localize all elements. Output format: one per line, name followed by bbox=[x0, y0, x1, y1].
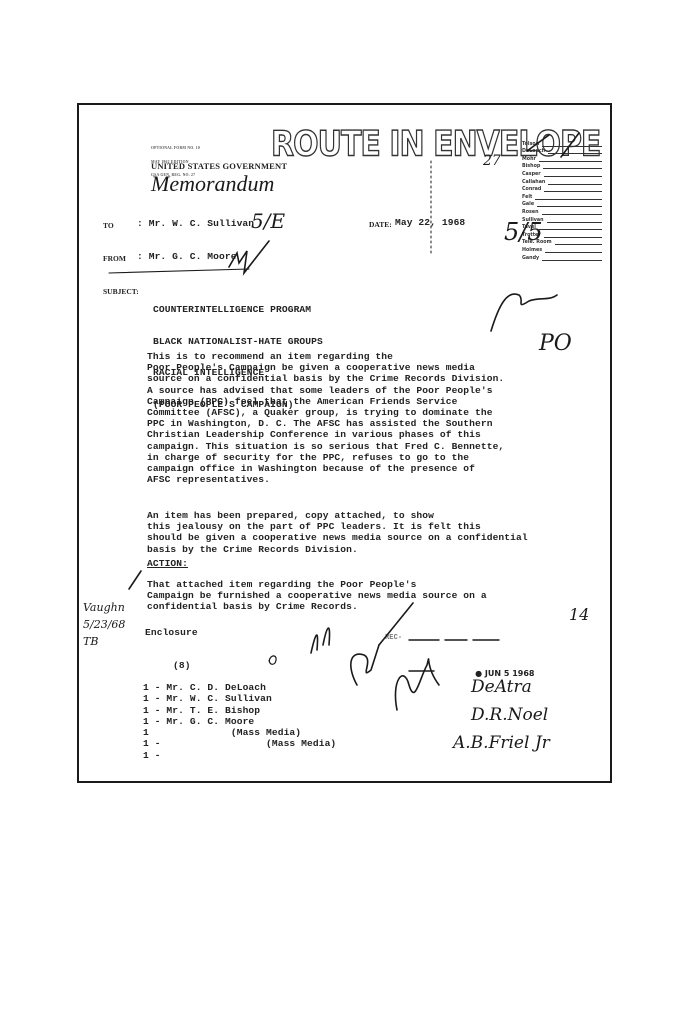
routing-slip-row: Conrad bbox=[522, 185, 602, 193]
copy-count: (8) bbox=[173, 660, 191, 671]
routing-slip-row: Rosen bbox=[522, 207, 602, 215]
routing-slip-row: Mohr bbox=[522, 154, 602, 162]
from-value: : Mr. G. C. Moore bbox=[137, 251, 237, 262]
routing-slip-name: Gandy bbox=[522, 256, 539, 261]
date-label: DATE: bbox=[369, 220, 392, 229]
action-heading: ACTION: bbox=[147, 558, 188, 569]
body-line: should be given a cooperative news media… bbox=[147, 532, 607, 543]
memorandum-title: Memorandum bbox=[151, 171, 274, 197]
routing-slip-name: Conrad bbox=[522, 187, 541, 192]
date-value: May 22, 1968 bbox=[395, 217, 465, 228]
body-line: campaign office in Washington because of… bbox=[147, 463, 607, 474]
distribution-entry: 1 - Mr. W. C. Sullivan bbox=[143, 693, 336, 704]
body-line: this jealousy on the part of PPC leaders… bbox=[147, 521, 607, 532]
routing-slip-row: Callahan bbox=[522, 177, 602, 185]
routing-slip-line bbox=[542, 214, 602, 215]
subject-line: COUNTERINTELLIGENCE PROGRAM bbox=[153, 305, 323, 316]
body-line: AFSC representatives. bbox=[147, 474, 607, 485]
routing-slip-line bbox=[543, 168, 602, 169]
routing-slip-name: Gale bbox=[522, 202, 534, 207]
margin-note: Vaughn 5/23/68 TB bbox=[83, 599, 131, 650]
body-line: campaign. This situation is so serious t… bbox=[147, 441, 607, 452]
routing-slip-line bbox=[544, 176, 602, 177]
to-initials: 5/E bbox=[251, 209, 285, 233]
distribution-list: 1 - Mr. C. D. DeLoach1 - Mr. W. C. Sulli… bbox=[143, 682, 336, 761]
routing-slip-line bbox=[542, 146, 602, 147]
margin-initials: PO bbox=[539, 331, 572, 356]
routing-slip-row: Holmes bbox=[522, 245, 602, 253]
routing-initials: 5/5 bbox=[504, 218, 543, 246]
routing-slip-line bbox=[548, 184, 602, 185]
subject-label: SUBJECT: bbox=[103, 287, 139, 296]
routing-slip-name: Rosen bbox=[522, 210, 539, 215]
memorandum-page: OPTIONAL FORM NO. 10 MAY 1962 EDITION GS… bbox=[77, 103, 612, 783]
body-line: basis by the Crime Records Division. bbox=[147, 544, 607, 555]
body-line: confidential basis by Crime Records. bbox=[147, 601, 607, 612]
body-paragraph-3: That attached item regarding the Poor Pe… bbox=[147, 579, 607, 613]
routing-slip-row: Casper bbox=[522, 169, 602, 177]
distribution-entry: 1 - bbox=[143, 750, 336, 761]
body-paragraph-2: An item has been prepared, copy attached… bbox=[147, 510, 607, 555]
body-line: PPC in Washington, D. C. The AFSC has as… bbox=[147, 418, 607, 429]
distribution-entry: 1 - Mr. G. C. Moore bbox=[143, 716, 336, 727]
signature-1: DeAtra bbox=[471, 677, 532, 697]
distribution-entry: 1 - Mr. C. D. DeLoach bbox=[143, 682, 336, 693]
routing-slip-name: Bishop bbox=[522, 164, 540, 169]
body-line: Committee (AFSC), a Quaker group, is try… bbox=[147, 407, 607, 418]
routing-number: 27 bbox=[483, 153, 501, 169]
government-heading: UNITED STATES GOVERNMENT bbox=[151, 161, 287, 171]
body-line: in charge of security for the PPC, refus… bbox=[147, 452, 607, 463]
body-line: Poor People's Campaign be given a cooper… bbox=[147, 362, 607, 373]
form-line-1: OPTIONAL FORM NO. 10 bbox=[151, 146, 200, 151]
body-line: That attached item regarding the Poor Pe… bbox=[147, 579, 607, 590]
subject-line: BLACK NATIONALIST-HATE GROUPS bbox=[153, 337, 323, 348]
body-line: A source has advised that some leaders o… bbox=[147, 385, 607, 396]
routing-slip-row: Gandy bbox=[522, 253, 602, 261]
routing-slip-row: Gale bbox=[522, 200, 602, 208]
body-line: Christian Leadership Conference in vario… bbox=[147, 429, 607, 440]
routing-slip-line bbox=[537, 206, 602, 207]
body-line: An item has been prepared, copy attached… bbox=[147, 510, 607, 521]
routing-slip-row: DeLoach bbox=[522, 147, 602, 155]
body-line: This is to recommend an item regarding t… bbox=[147, 351, 607, 362]
body-line: Campaign be furnished a cooperative news… bbox=[147, 590, 607, 601]
enclosure-label: Enclosure bbox=[145, 627, 198, 638]
to-label: TO bbox=[103, 221, 114, 230]
from-label: FROM bbox=[103, 254, 126, 263]
routing-slip-name: Callahan bbox=[522, 180, 545, 185]
routing-slip-name: Felt bbox=[522, 195, 532, 200]
routing-slip-line bbox=[555, 244, 602, 245]
routing-slip-line bbox=[542, 260, 602, 261]
routing-slip-line bbox=[544, 237, 602, 238]
signature-2: D.R.Noel bbox=[471, 705, 548, 725]
rec-stamp: REC- bbox=[385, 633, 402, 644]
distribution-entry: 1 (Mass Media) bbox=[143, 727, 336, 738]
routing-slip-row: Tolson bbox=[522, 139, 602, 147]
routing-slip-line bbox=[539, 161, 602, 162]
body-line: Campaign (PPC) feel that the American Fr… bbox=[147, 396, 607, 407]
routing-slip-line bbox=[547, 222, 602, 223]
routing-slip-name: Holmes bbox=[522, 248, 542, 253]
distribution-entry: 1 - (Mass Media) bbox=[143, 738, 336, 749]
body-paragraph-1: This is to recommend an item regarding t… bbox=[147, 351, 607, 485]
routing-slip-name: Tolson bbox=[522, 142, 539, 147]
routing-slip-line bbox=[539, 229, 602, 230]
routing-slip-name: DeLoach bbox=[522, 149, 545, 154]
routing-slip-row: Bishop bbox=[522, 162, 602, 170]
routing-slip-line bbox=[544, 191, 602, 192]
routing-slip-line bbox=[548, 153, 602, 154]
routing-slip-line bbox=[545, 252, 602, 253]
routing-slip-name: Casper bbox=[522, 172, 541, 177]
routing-slip-row: Felt bbox=[522, 192, 602, 200]
routing-slip-line bbox=[535, 199, 602, 200]
distribution-entry: 1 - Mr. T. E. Bishop bbox=[143, 705, 336, 716]
page-number-handwritten: 14 bbox=[569, 605, 589, 624]
signature-3: A.B.Friel Jr bbox=[453, 733, 550, 753]
body-line: source on a confidential basis by the Cr… bbox=[147, 373, 607, 384]
routing-slip-name: Mohr bbox=[522, 157, 536, 162]
to-value: : Mr. W. C. Sullivan bbox=[137, 218, 254, 229]
